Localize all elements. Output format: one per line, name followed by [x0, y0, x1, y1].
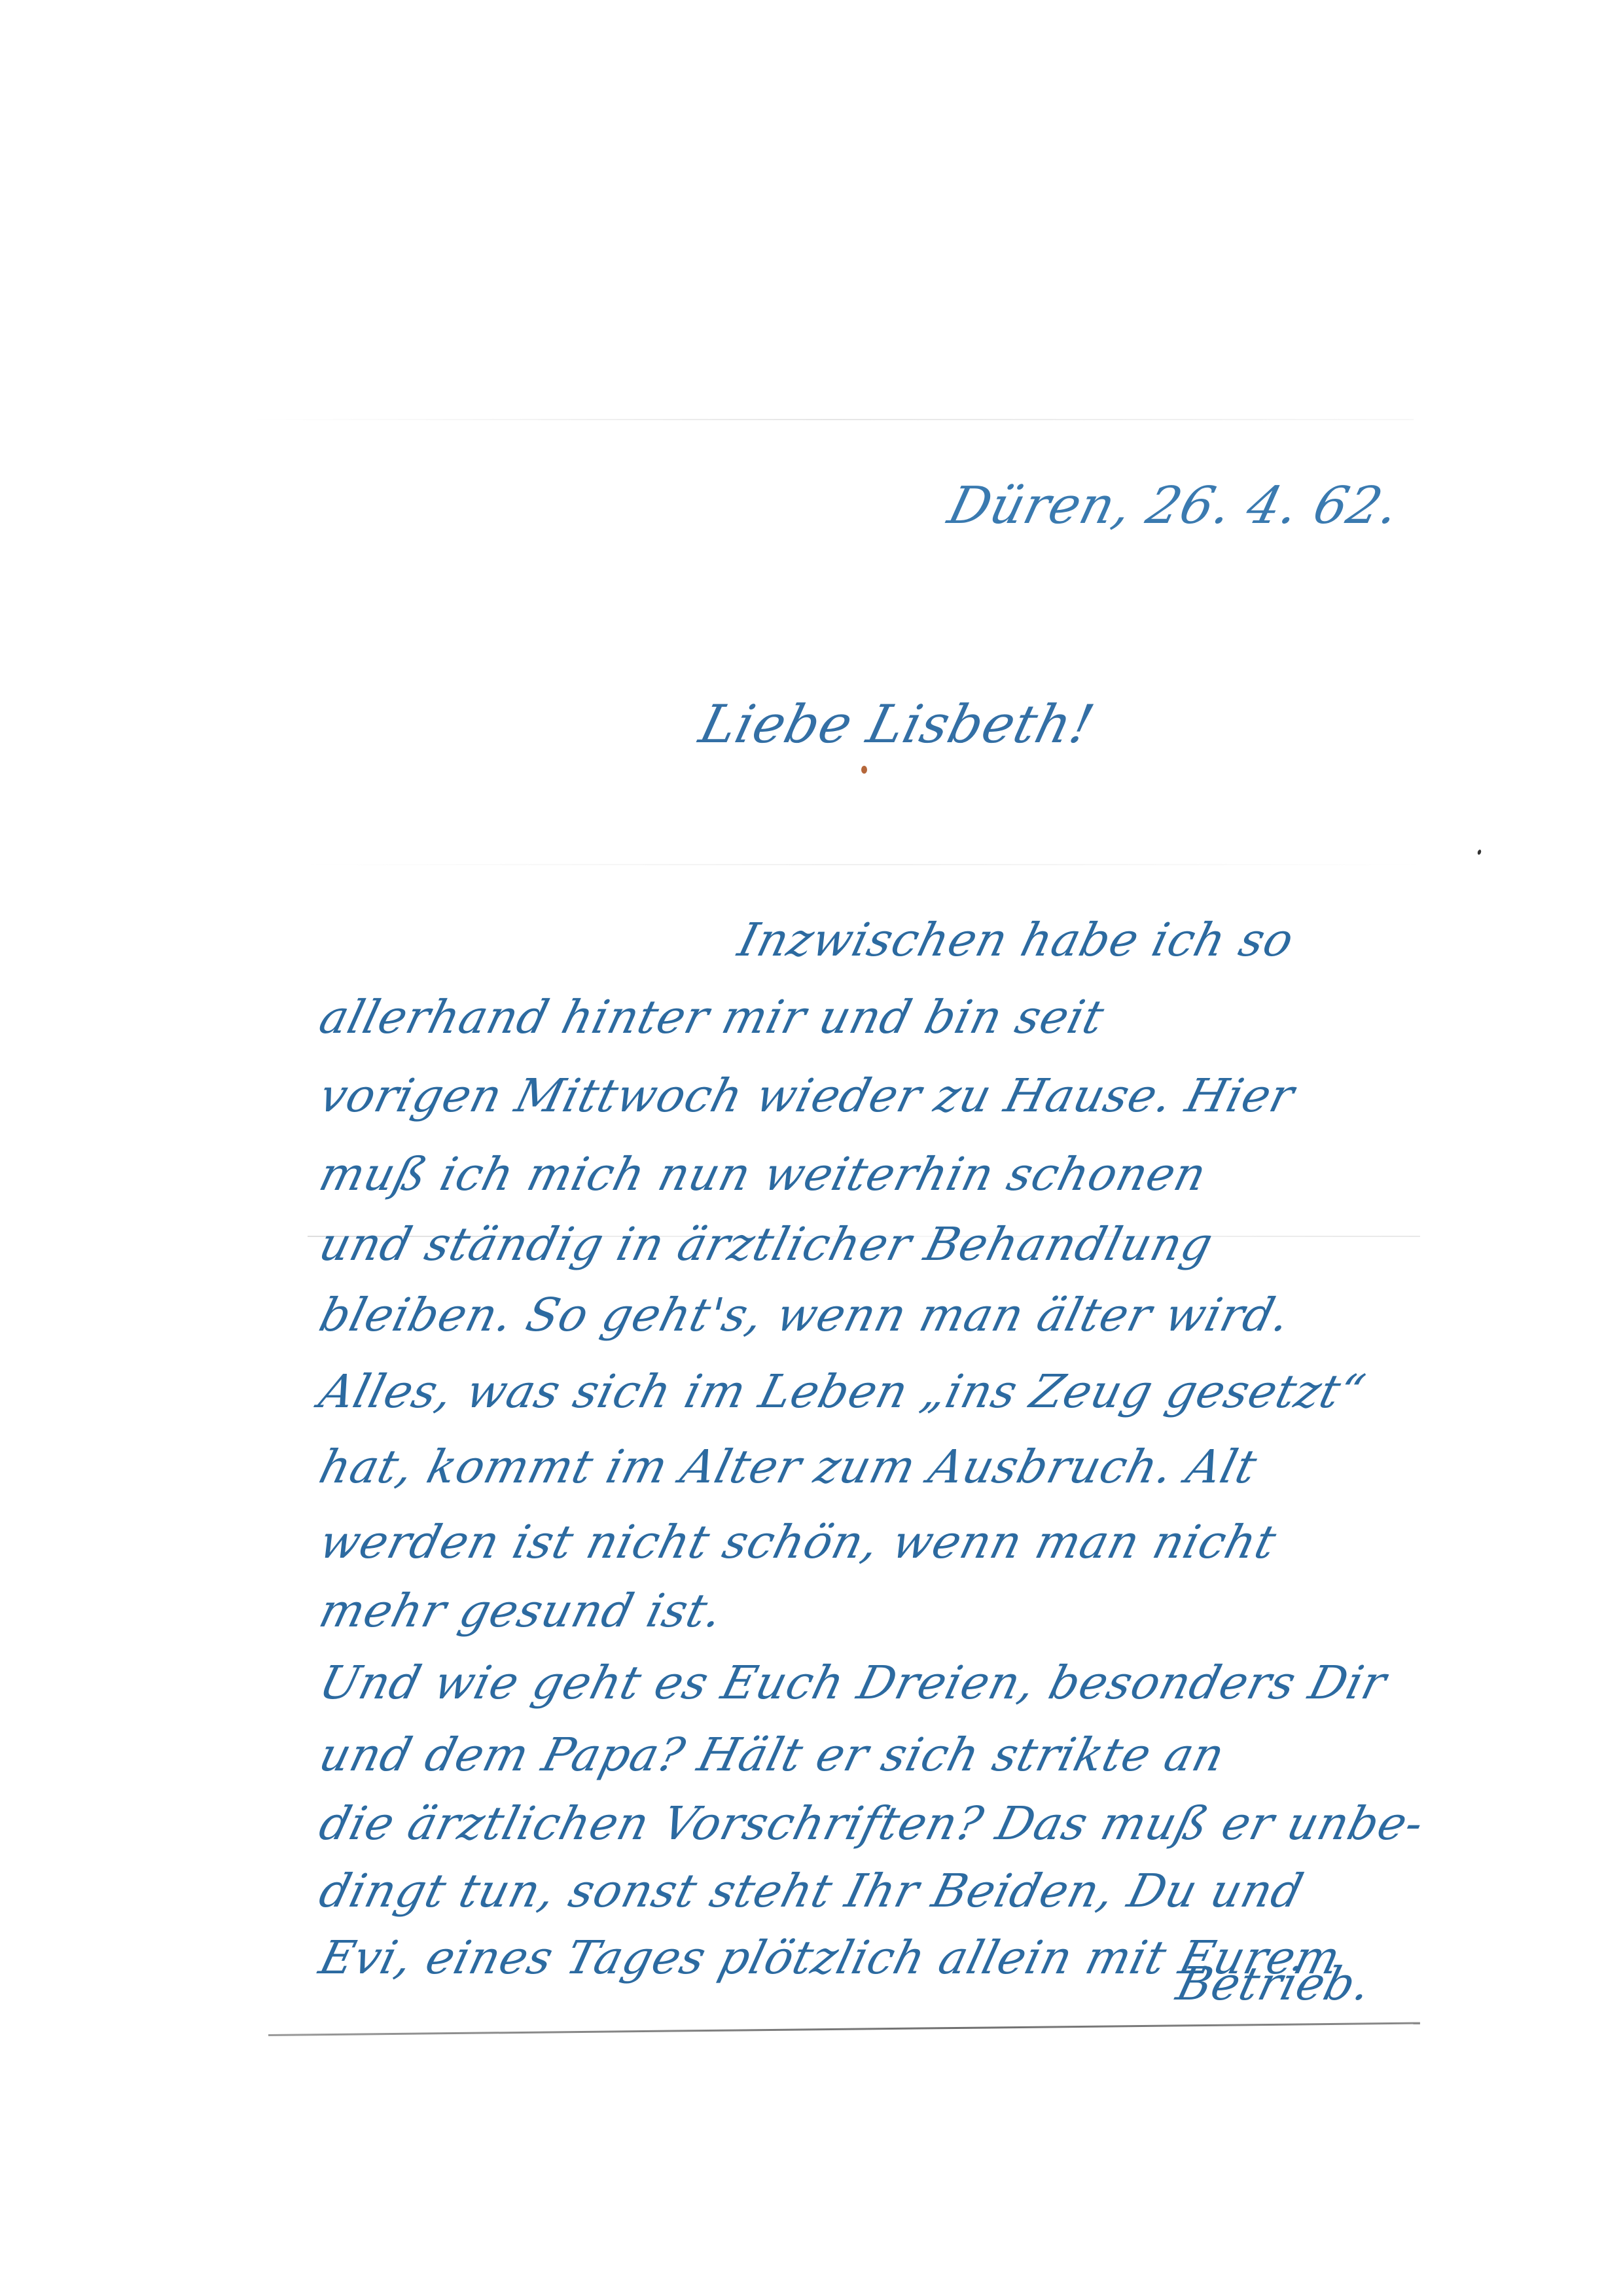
body-line: die ärztlichen Vorschriften? Das muß er … [314, 1797, 1429, 1850]
salutation: Liebe Lisbeth! [694, 694, 1100, 755]
rust-spot [861, 766, 867, 774]
scanned-letter-page: Düren, 26. 4. 62. Liebe Lisbeth! Inzwisc… [0, 0, 1623, 2296]
body-line: bleiben. So geht's, wenn man älter wird. [314, 1288, 1296, 1342]
body-line: und dem Papa? Hält er sich strikte an [314, 1728, 1230, 1782]
body-line: werden ist nicht schön, wenn man nicht [314, 1515, 1282, 1569]
body-line: vorigen Mittwoch wieder zu Hause. Hier [314, 1069, 1300, 1122]
place-and-date: Düren, 26. 4. 62. [942, 476, 1406, 535]
paper-crease-top [249, 419, 1414, 420]
body-line: muß ich mich nun weiterhin schonen [314, 1147, 1212, 1201]
paper-crease-middle [301, 864, 1427, 865]
body-line: allerhand hinter mir und bin seit [314, 990, 1110, 1044]
continuation-word: Betrieb. [1171, 1957, 1377, 2011]
body-line: und ständig in ärztlicher Behandlung [314, 1217, 1219, 1271]
paper-bottom-edge [268, 2022, 1420, 2036]
body-line: mehr gesund ist. [314, 1584, 728, 1638]
body-line: Und wie geht es Euch Dreien, besonders D… [314, 1656, 1392, 1710]
body-line: dingt tun, sonst steht Ihr Beiden, Du un… [314, 1864, 1309, 1918]
body-line: Alles, was sich im Leben „ins Zeug geset… [314, 1365, 1370, 1418]
body-line: Inzwischen habe ich so [733, 913, 1300, 967]
body-line: hat, kommt im Alter zum Ausbruch. Alt [314, 1440, 1262, 1494]
ink-speck [1477, 849, 1482, 855]
